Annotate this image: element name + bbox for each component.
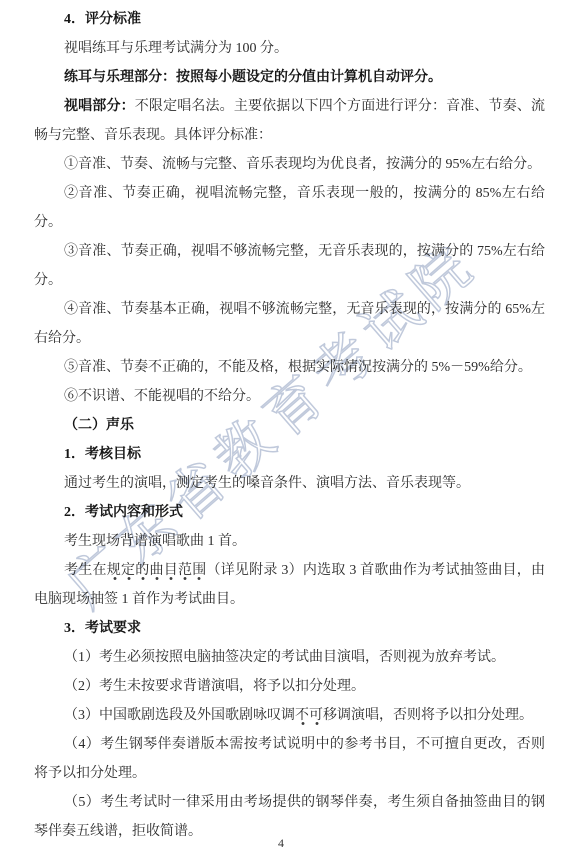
text-run: ③音准、节奏正确，视唱不够流畅完整，无音乐表现的，按满分的 75%左右给分。 xyxy=(34,244,545,288)
text-run: ②音准、节奏正确，视唱流畅完整，音乐表现一般的，按满分的 85%左右给分。 xyxy=(34,186,545,230)
text-run: 视唱部分： xyxy=(64,99,135,114)
section-heading: 练耳与乐理部分：按照每小题设定的分值由计算机自动评分。 xyxy=(34,63,545,92)
paragraph: 视唱部分：不限定唱名法。主要依据以下四个方面进行评分：音准、节奏、流畅与完整、音… xyxy=(34,92,545,150)
text-run: （3）中国歌剧选段及外国歌剧咏叹调 xyxy=(64,708,295,723)
paragraph: 视唱练耳与乐理考试满分为 100 分。 xyxy=(34,34,545,63)
text-run: 2．考试内容和形式 xyxy=(64,505,183,520)
text-run: 移调演唱，否则将予以扣分处理。 xyxy=(323,708,533,723)
text-run: （5）考生考试时一律采用由考场提供的钢琴伴奏，考生须自备抽签曲目的钢琴伴奏五线谱… xyxy=(34,795,545,839)
paragraph: ⑤音准、节奏不正确的，不能及格，根据实际情况按满分的 5%－59%给分。 xyxy=(34,353,545,382)
text-run: 4．评分标准 xyxy=(64,12,141,27)
paragraph: （2）考生未按要求背谱演唱，将予以扣分处理。 xyxy=(34,672,545,701)
section-heading: 2．考试内容和形式 xyxy=(34,498,545,527)
paragraph: ⑥不识谱、不能视唱的不给分。 xyxy=(34,382,545,411)
text-run: 考生在 xyxy=(64,563,107,578)
section-heading: 1．考核目标 xyxy=(34,440,545,469)
paragraph: （4）考生钢琴伴奏谱版本需按考试说明中的参考书目，不可擅自更改，否则将予以扣分处… xyxy=(34,730,545,788)
text-run: 练耳与乐理部分：按照每小题设定的分值由计算机自动评分。 xyxy=(64,70,442,85)
text-run: 考生现场背谱演唱歌曲 1 首。 xyxy=(64,534,246,549)
text-run: ⑥不识谱、不能视唱的不给分。 xyxy=(64,389,260,404)
text-run: 1．考核目标 xyxy=(64,447,141,462)
text-run: （1）考生必须按照电脑抽签决定的考试曲目演唱，否则视为放弃考试。 xyxy=(64,650,505,665)
text-run: ④音准、节奏基本正确，视唱不够流畅完整，无音乐表现的，按满分的 65%左右给分。 xyxy=(34,302,545,346)
paragraph: 考生在规定的曲目范围（详见附录 3）内选取 3 首歌曲作为考试抽签曲目，由电脑现… xyxy=(34,556,545,614)
page-number: 4 xyxy=(0,836,562,851)
text-run: 通过考生的演唱，测定考生的嗓音条件、演唱方法、音乐表现等。 xyxy=(64,476,470,491)
paragraph: ④音准、节奏基本正确，视唱不够流畅完整，无音乐表现的，按满分的 65%左右给分。 xyxy=(34,295,545,353)
paragraph: 通过考生的演唱，测定考生的嗓音条件、演唱方法、音乐表现等。 xyxy=(34,469,545,498)
section-heading: 4．评分标准 xyxy=(34,5,545,34)
section-heading: （二）声乐 xyxy=(34,411,545,440)
paragraph: ②音准、节奏正确，视唱流畅完整，音乐表现一般的，按满分的 85%左右给分。 xyxy=(34,179,545,237)
text-run: （4）考生钢琴伴奏谱版本需按考试说明中的参考书目，不可擅自更改，否则将予以扣分处… xyxy=(34,737,545,781)
paragraph: （1）考生必须按照电脑抽签决定的考试曲目演唱，否则视为放弃考试。 xyxy=(34,643,545,672)
document-body: 4．评分标准视唱练耳与乐理考试满分为 100 分。练耳与乐理部分：按照每小题设定… xyxy=(34,5,545,846)
text-run: 3．考试要求 xyxy=(64,621,141,636)
text-run: 视唱练耳与乐理考试满分为 100 分。 xyxy=(64,41,288,56)
section-heading: 3．考试要求 xyxy=(34,614,545,643)
paragraph: 考生现场背谱演唱歌曲 1 首。 xyxy=(34,527,545,556)
document-page: 广东省教育考试院 4．评分标准视唱练耳与乐理考试满分为 100 分。练耳与乐理部… xyxy=(0,0,562,860)
paragraph: （3）中国歌剧选段及外国歌剧咏叹调不可移调演唱，否则将予以扣分处理。 xyxy=(34,701,545,730)
paragraph: ③音准、节奏正确，视唱不够流畅完整，无音乐表现的，按满分的 75%左右给分。 xyxy=(34,237,545,295)
text-run: ⑤音准、节奏不正确的，不能及格，根据实际情况按满分的 5%－59%给分。 xyxy=(64,360,532,375)
emphasized-text: 不可 xyxy=(295,708,323,726)
paragraph: ①音准、节奏、流畅与完整、音乐表现均为优良者，按满分的 95%左右给分。 xyxy=(34,150,545,179)
text-run: （二）声乐 xyxy=(64,418,134,433)
emphasized-text: 规定的曲目范围 xyxy=(107,563,207,581)
text-run: （2）考生未按要求背谱演唱，将予以扣分处理。 xyxy=(64,679,365,694)
text-run: ①音准、节奏、流畅与完整、音乐表现均为优良者，按满分的 95%左右给分。 xyxy=(64,157,541,172)
